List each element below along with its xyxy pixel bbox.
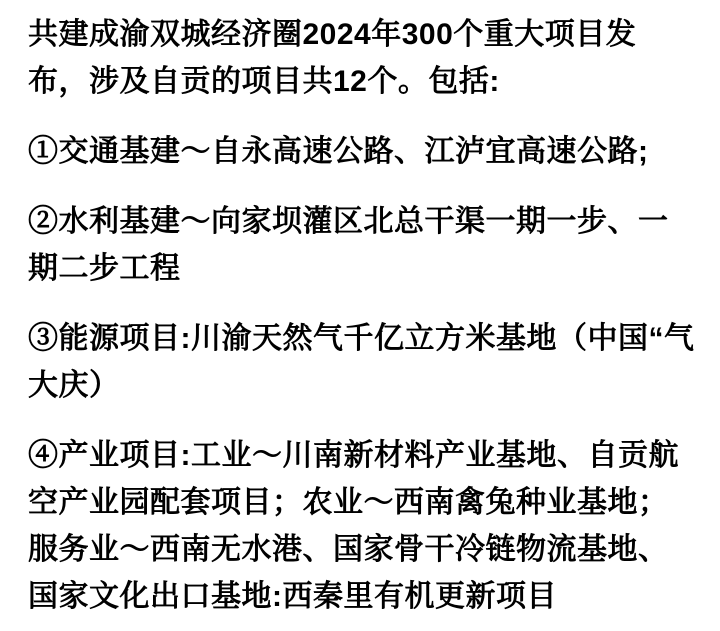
paragraph-item-2-water: ②水利基建～向家坝灌区北总干渠一期一步、一期二步工程 [28, 198, 696, 292]
article-text-block: 共建成渝双城经济圈2024年300个重大项目发布，涉及自贡的项目共12个。包括:… [0, 0, 720, 631]
paragraph-item-1-transport: ①交通基建～自永高速公路、江泸宜高速公路; [28, 128, 696, 175]
paragraph-item-3-energy: ③能源项目:川渝天然气千亿立方米基地（中国“气大庆） [28, 315, 696, 409]
paragraph-item-4-industry: ④产业项目:工业～川南新材料产业基地、自贡航空产业园配套项目；农业～西南禽兔种业… [28, 432, 696, 620]
paragraph-intro: 共建成渝双城经济圈2024年300个重大项目发布，涉及自贡的项目共12个。包括: [28, 11, 696, 105]
